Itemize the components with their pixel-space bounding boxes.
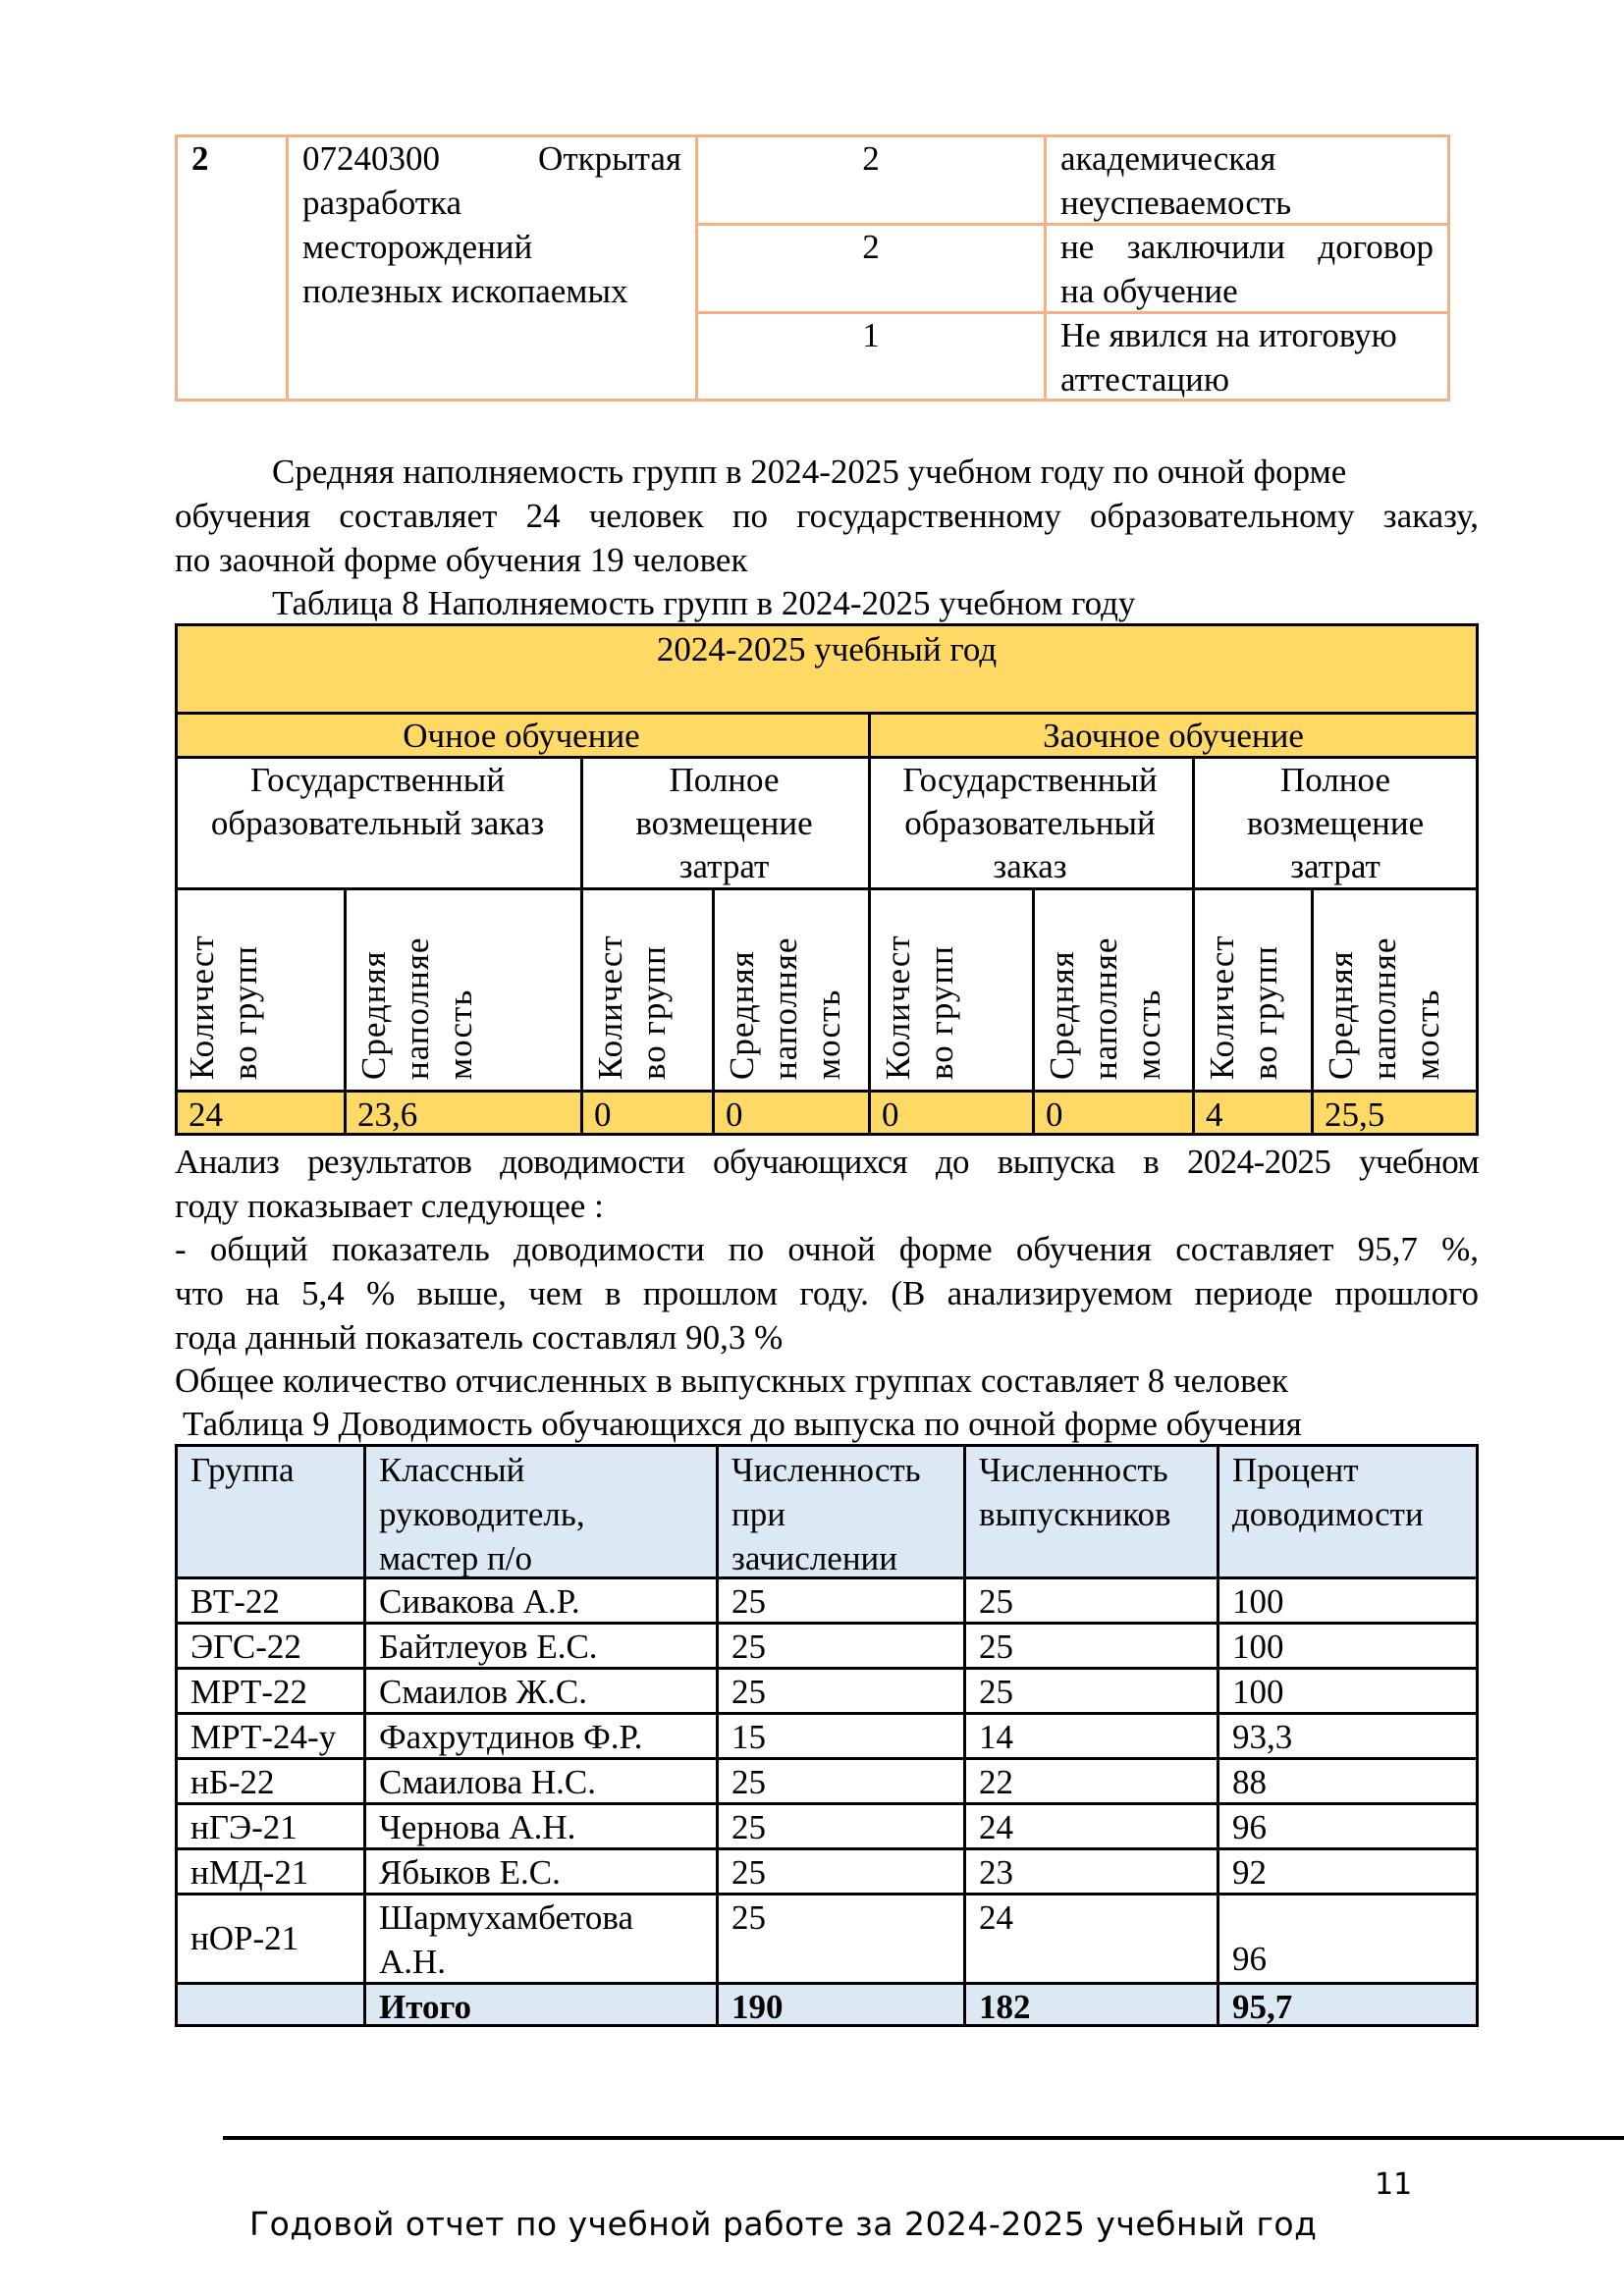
table-cell-teacher: Чернова А.Н.	[365, 1803, 716, 1848]
table-cell-teacher: Фахрутдинов Ф.Р.	[365, 1713, 716, 1758]
table-cell-percent: 93,3	[1218, 1713, 1479, 1758]
metric-header-avg-fill: Средняя наполняе мость	[1035, 890, 1192, 1090]
table-cell-group: нБ-22	[177, 1758, 363, 1803]
graduation-retention-table: ГруппаКлассныйруководитель,мастер п/оЧис…	[175, 1444, 1479, 2027]
metric-header-group-count: Количест во групп	[871, 890, 1032, 1090]
table-cell-graduates: 24	[965, 1803, 1217, 1848]
funding-header: Государственный образовательный заказ	[868, 757, 1192, 890]
header-line: мастер п/о	[379, 1536, 702, 1580]
header-line: Численность	[731, 1448, 949, 1492]
value-cell: 0	[1032, 1092, 1192, 1139]
reason-count: 1	[698, 311, 1044, 359]
value-cell: 23,6	[344, 1092, 580, 1139]
table-cell-teacher: Байтлеуов Е.С.	[365, 1623, 716, 1668]
reason-line: на обучение	[1060, 269, 1434, 313]
table-cell-percent: 100	[1218, 1668, 1479, 1713]
table-cell-graduates: 25	[965, 1623, 1217, 1668]
reason-count: 2	[698, 134, 1044, 183]
header-percent: Процентдоводимости	[1218, 1446, 1479, 1538]
analysis-line: году показывает следующее :	[175, 1184, 604, 1228]
funding-header: Полное возмещение затрат	[1192, 757, 1479, 890]
reason-line: аттестацию	[1060, 357, 1434, 401]
specialty-code-name: 07240300	[302, 136, 440, 181]
row-number: 2	[178, 134, 286, 183]
table-cell-enrolled: 25	[718, 1803, 963, 1848]
table-cell-enrolled: 15	[718, 1713, 963, 1758]
dropouts-table-continued: 2 07240300 Открытая разработка месторожд…	[175, 134, 1450, 401]
specialty-line-3: месторождений	[302, 225, 681, 269]
table-cell-graduates: 25	[965, 1668, 1217, 1713]
table-cell-group: ЭГС-22	[177, 1623, 363, 1668]
total-enrolled: 190	[718, 1983, 963, 2031]
analysis-line: - общий показатель доводимости по очной …	[175, 1227, 1479, 1271]
paragraph-line: обучения составляет 24 человек по госуда…	[175, 494, 1479, 538]
funding-header: Полное возмещение затрат	[580, 757, 868, 890]
reason-line: Не явился на итоговую	[1060, 313, 1434, 357]
header-line: доводимости	[1232, 1492, 1465, 1536]
table-cell-percent: 88	[1218, 1758, 1479, 1803]
value-cell: 0	[868, 1092, 1032, 1139]
table-cell-enrolled: 25	[718, 1758, 963, 1803]
reason-line: академическая	[1060, 136, 1434, 181]
table-cell-graduates: 22	[965, 1758, 1217, 1803]
header-line: зачислении	[731, 1536, 949, 1580]
table-cell-enrolled: 25	[718, 1668, 963, 1713]
header-line: Процент	[1232, 1448, 1465, 1492]
paragraph-line: по заочной форме обучения 19 человек	[175, 538, 747, 582]
specialty-line-2: разработка	[302, 181, 681, 225]
table-cell-percent: 100	[1218, 1577, 1479, 1623]
table-cell-percent: 92	[1218, 1848, 1479, 1894]
table-cell-group: ВТ-22	[177, 1577, 363, 1623]
header-line: руководитель,	[379, 1492, 702, 1536]
form-header-fulltime: Очное обучение	[175, 713, 868, 760]
value-cell: 0	[580, 1092, 712, 1139]
value-cell: 0	[712, 1092, 868, 1139]
table-cell-graduates: 23	[965, 1848, 1217, 1894]
analysis-line: Анализ результатов доводимости обучающих…	[175, 1140, 1479, 1184]
footer-divider	[223, 2136, 1624, 2140]
specialty-name-word: Открытая	[538, 136, 681, 181]
reason-text: академическая неуспеваемость	[1047, 134, 1447, 227]
specialty-cell: 07240300 Открытая разработка месторожден…	[289, 134, 695, 315]
table-cell-teacher: Сивакова А.Р.	[365, 1577, 716, 1623]
table-cell-enrolled: 25	[718, 1894, 963, 1983]
group-fill-table: 2024-2025 учебный год Очное обучение Зао…	[175, 623, 1479, 1136]
analysis-line: Общее количество отчисленных в выпускных…	[175, 1359, 1288, 1403]
header-line: Численность	[979, 1448, 1203, 1492]
reason-count: 2	[698, 223, 1044, 271]
header-teacher: Классныйруководитель,мастер п/о	[365, 1446, 716, 1582]
specialty-line-4: полезных ископаемых	[302, 269, 681, 313]
header-enrolled: Численностьпризачислении	[718, 1446, 963, 1582]
table-cell-group: МРТ-22	[177, 1668, 363, 1713]
value-cell: 25,5	[1311, 1092, 1476, 1139]
table-cell-group: нМД-21	[177, 1848, 363, 1894]
value-cell: 24	[175, 1092, 344, 1139]
table-cell-teacher: Смаилов Ж.С.	[365, 1668, 716, 1713]
header-line: Группа	[190, 1448, 350, 1492]
table-cell-percent: 96	[1218, 1803, 1479, 1848]
table-cell-enrolled: 25	[718, 1848, 963, 1894]
table-cell-enrolled: 25	[718, 1577, 963, 1623]
reason-line: не заключили договор	[1060, 225, 1434, 269]
analysis-line: года данный показатель составлял 90,3 %	[175, 1315, 783, 1360]
metric-header-group-count: Количест во групп	[583, 890, 712, 1090]
metric-header-avg-fill: Средняя наполняе мость	[715, 890, 868, 1090]
specialty-line-1: 07240300 Открытая	[302, 136, 681, 181]
table-cell-group: нОР-21	[177, 1894, 363, 1983]
page-number: 11	[1375, 2165, 1412, 2205]
header-graduates: Численностьвыпускников	[965, 1446, 1217, 1538]
reason-line: неуспеваемость	[1060, 181, 1434, 225]
table-border	[1447, 134, 1450, 401]
metric-header-avg-fill: Средняя наполняе мость	[1314, 890, 1476, 1090]
header-line: Классный	[379, 1448, 702, 1492]
table-cell-graduates: 24	[965, 1894, 1217, 1983]
year-header: 2024-2025 учебный год	[175, 625, 1479, 673]
table8-caption: Таблица 8 Наполняемость групп в 2024-202…	[272, 581, 1135, 625]
total-percent: 95,7	[1218, 1983, 1479, 2031]
header-line: выпускников	[979, 1492, 1203, 1536]
header-group: Группа	[177, 1446, 363, 1494]
total-label: Итого	[365, 1983, 716, 2031]
reason-text: Не явился на итоговую аттестацию	[1047, 311, 1447, 403]
table-cell-graduates: 14	[965, 1713, 1217, 1758]
analysis-line: что на 5,4 % выше, чем в прошлом году. (…	[175, 1271, 1479, 1315]
table9-caption: Таблица 9 Доводимость обучающихся до вып…	[183, 1402, 1302, 1446]
table-cell-graduates: 25	[965, 1577, 1217, 1623]
reason-text: не заключили договор на обучение	[1047, 223, 1447, 315]
table-cell-group: нГЭ-21	[177, 1803, 363, 1848]
paragraph-line: Средняя наполняемость групп в 2024-2025 …	[272, 450, 1346, 494]
table-cell-percent: 96	[1218, 1894, 1479, 1983]
funding-header: Государственный образовательный заказ	[175, 757, 580, 847]
table-cell-percent: 100	[1218, 1623, 1479, 1668]
table-cell-teacher: Ябыков Е.С.	[365, 1848, 716, 1894]
total-graduates: 182	[965, 1983, 1217, 2031]
table-cell-teacher: Смаилова Н.С.	[365, 1758, 716, 1803]
form-header-extramural: Заочное обучение	[868, 713, 1479, 760]
table-cell-group: МРТ-24-у	[177, 1713, 363, 1758]
metric-header-group-count: Количест во групп	[175, 890, 344, 1090]
value-cell: 4	[1192, 1092, 1311, 1139]
metric-header-avg-fill: Средняя наполняе мость	[347, 890, 580, 1090]
table-cell-enrolled: 25	[718, 1623, 963, 1668]
table-cell-teacher: Шармухамбетова А.Н.	[365, 1894, 716, 1983]
header-line: при	[731, 1492, 949, 1536]
metric-header-group-count: Количест во групп	[1195, 890, 1311, 1090]
footer-title: Годовой отчет по учебной работе за 2024-…	[249, 2205, 1317, 2244]
